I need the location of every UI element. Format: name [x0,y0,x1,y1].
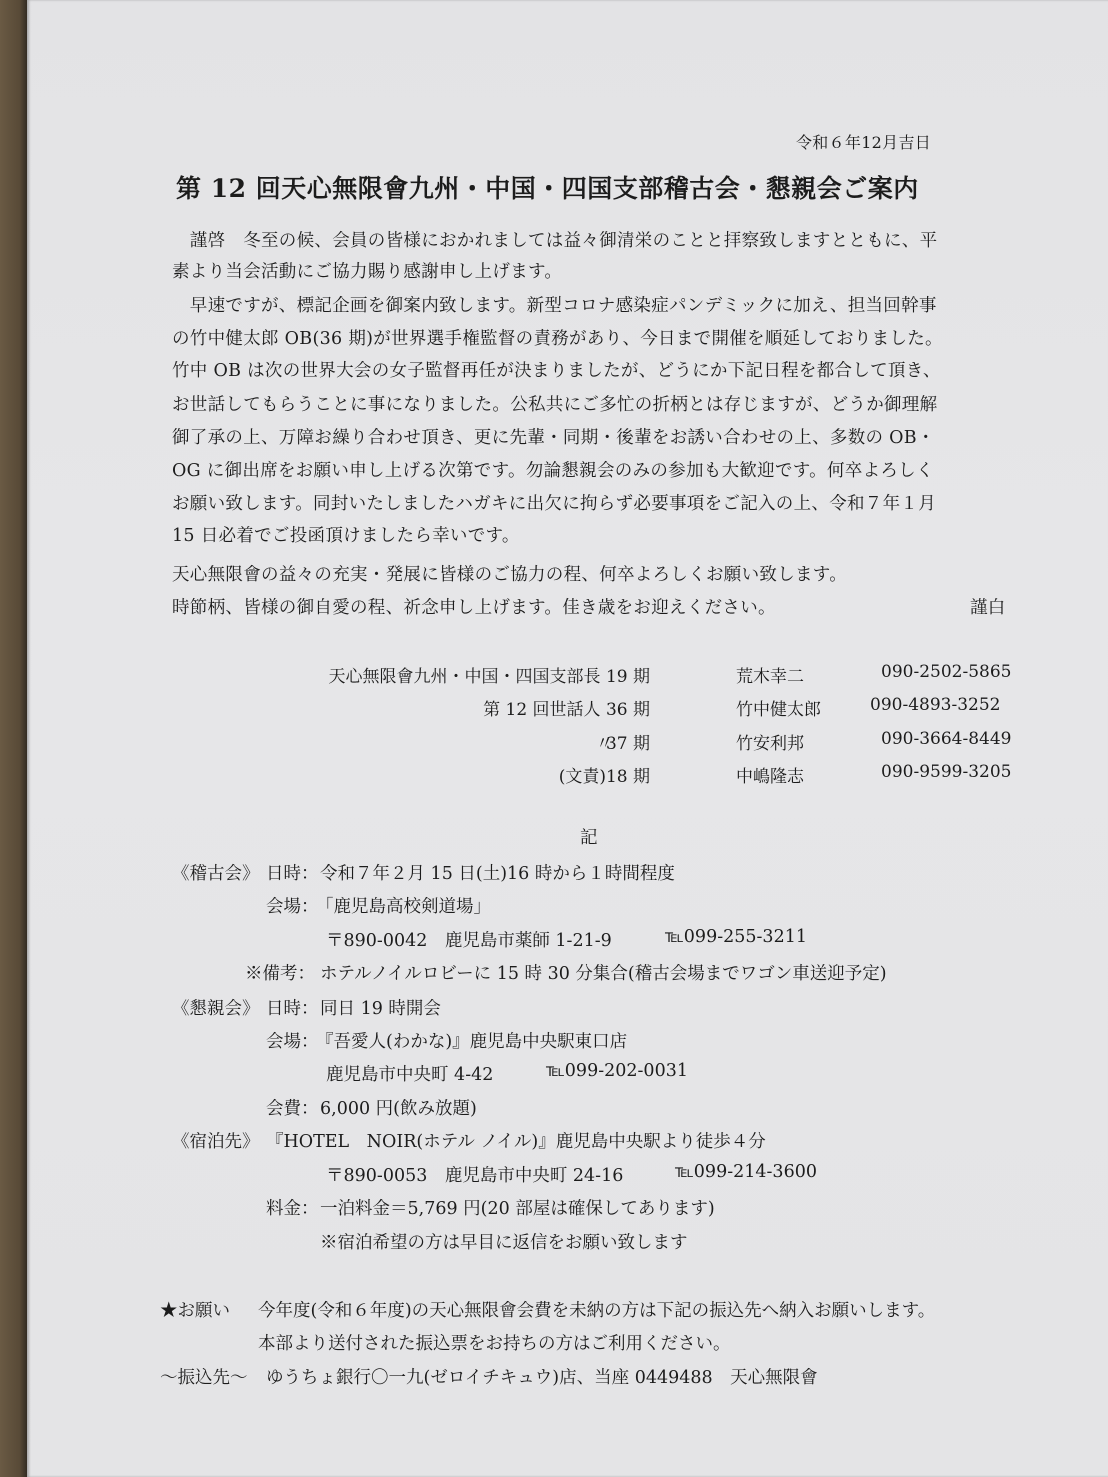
signatory-term: 37 期 [606,729,650,754]
lodging-address: 〒890-0053 鹿児島市中央町 24-16 [326,1162,623,1187]
signatory-row: 〃 37 期 竹安利邦 090-3664-8449 [0,729,1108,755]
body-line: 天心無限會の益々の充実・発展に皆様のご協力の程、何卒よろしくお願い致します。 [172,563,1008,587]
section-label-konshin: 《懇親会》 [172,995,260,1020]
keiko-datetime: 令和７年２月 15 日(土)16 時から１時間程度 [320,860,675,885]
request-label: ★お願い [160,1297,230,1322]
body-line: 謹啓 冬至の候、会員の皆様におかれましては益々御清栄のことと拝察致しますとともに… [172,229,1008,253]
lodging-tel: ℡099-214-3600 [675,1162,817,1182]
fee-label: 会費： [266,1095,319,1120]
keiko-venue: 「鹿児島高校剣道場」 [316,893,491,918]
request-line: 本部より送付された振込票をお持ちの方はご利用ください。 [258,1330,731,1355]
body-line: の竹中健太郎 OB(36 期)が世界選手権監督の責務があり、今日まで開催を順延し… [172,327,1008,351]
body-line: 御了承の上、万障お繰り合わせ頂き、更に先輩・同期・後輩をお誘い合わせの上、多数の… [172,426,1008,450]
signatory-role: 第 12 回世話人 36 期 [483,695,650,720]
body-line: 竹中 OB は次の世界大会の女子監督再任が決まりましたが、どうにか下記日程を都合… [172,359,1008,383]
lodging-rate: 一泊料金＝5,769 円(20 部屋は確保してあります) [320,1195,715,1220]
signatory-phone: 090-4893-3252 [870,695,1000,715]
venue-label: 会場： [266,1028,319,1053]
body-line: OG に御出席をお願い申し上げる次第です。勿論懇親会のみの参加も大歓迎です。何卒… [172,459,1008,483]
signatory-role: 天心無限會九州・中国・四国支部長 19 期 [329,662,650,687]
signatory-name: 中嶋隆志 [736,762,804,787]
datetime-label: 日時： [266,860,319,885]
signatory-row: (文責)18 期 中嶋隆志 090-9599-3205 [0,762,1108,788]
note-label: ※備考： [245,960,315,985]
lodging-hotel: 『HOTEL NOIR(ホテル ノイル)』鹿児島中央駅より徒歩４分 [266,1128,766,1153]
signatory-row: 天心無限會九州・中国・四国支部長 19 期 荒木幸二 090-2502-5865 [0,662,1108,688]
signatory-name: 竹安利邦 [736,729,804,754]
signatory-role: (文責)18 期 [559,762,650,787]
body-line: 15 日必着でご投函頂けましたら幸いです。 [172,524,1008,548]
transfer-account: ゆうちょ銀行〇一九(ゼロイチキュウ)店、当座 0449488 天心無限會 [266,1364,818,1389]
konshin-tel: ℡099-202-0031 [546,1061,688,1081]
signatory-name: 荒木幸二 [736,662,804,687]
body-line: お願い致します。同封いたしましたハガキに出欠に拘らず必要事項をご記入の上、令和７… [172,492,1008,516]
rate-label: 料金： [266,1195,319,1220]
section-label-keiko: 《稽古会》 [172,860,260,885]
ki-heading: 記 [580,826,598,850]
document-date: 令和６年12月吉日 [796,131,931,155]
venue-label: 会場： [266,893,319,918]
keiko-note: ホテルノイルロビーに 15 時 30 分集合(稽古会場までワゴン車送迎予定) [320,960,887,985]
datetime-label: 日時： [266,995,319,1020]
lodging-note: ※宿泊希望の方は早目に返信をお願い致します [320,1229,688,1254]
body-line: 素より当会活動にご協力賜り感謝申し上げます。 [172,260,1008,284]
signatory-phone: 090-3664-8449 [881,729,1011,749]
body-line: お世話してもらうことに事になりました。公私共にご多忙の折柄とは存じますが、どうか… [172,393,1008,417]
konshin-address: 鹿児島市中央町 4-42 [326,1061,493,1086]
signatory-phone: 090-2502-5865 [881,662,1011,682]
document-title: 第 12 回天心無限會九州・中国・四国支部稽古会・懇親会ご案内 [176,172,919,206]
signatory-name: 竹中健太郎 [736,695,821,720]
keiko-tel: ℡099-255-3211 [665,927,807,947]
transfer-label: ～振込先～ [160,1364,248,1389]
konshin-fee: 6,000 円(飲み放題) [320,1095,477,1120]
konshin-datetime: 同日 19 時開会 [320,995,441,1020]
signatory-phone: 090-9599-3205 [881,762,1011,782]
signatory-row: 第 12 回世話人 36 期 竹中健太郎 090-4893-3252 [0,695,1108,721]
closing-word: 謹白 [970,596,1006,620]
section-label-lodging: 《宿泊先》 [172,1128,260,1153]
konshin-venue: 『吾愛人(わかな)』鹿児島中央駅東口店 [316,1028,627,1053]
request-line: 今年度(令和６年度)の天心無限會会費を未納の方は下記の振込先へ納入お願いします。 [258,1297,935,1322]
body-line: 早速ですが、標記企画を御案内致します。新型コロナ感染症パンデミックに加え、担当回… [172,294,1008,318]
keiko-address: 〒890-0042 鹿児島市薬師 1-21-9 [326,927,612,952]
body-line: 時節柄、皆様の御自愛の程、祈念申し上げます。佳き歳をお迎えください。 [172,596,1008,620]
